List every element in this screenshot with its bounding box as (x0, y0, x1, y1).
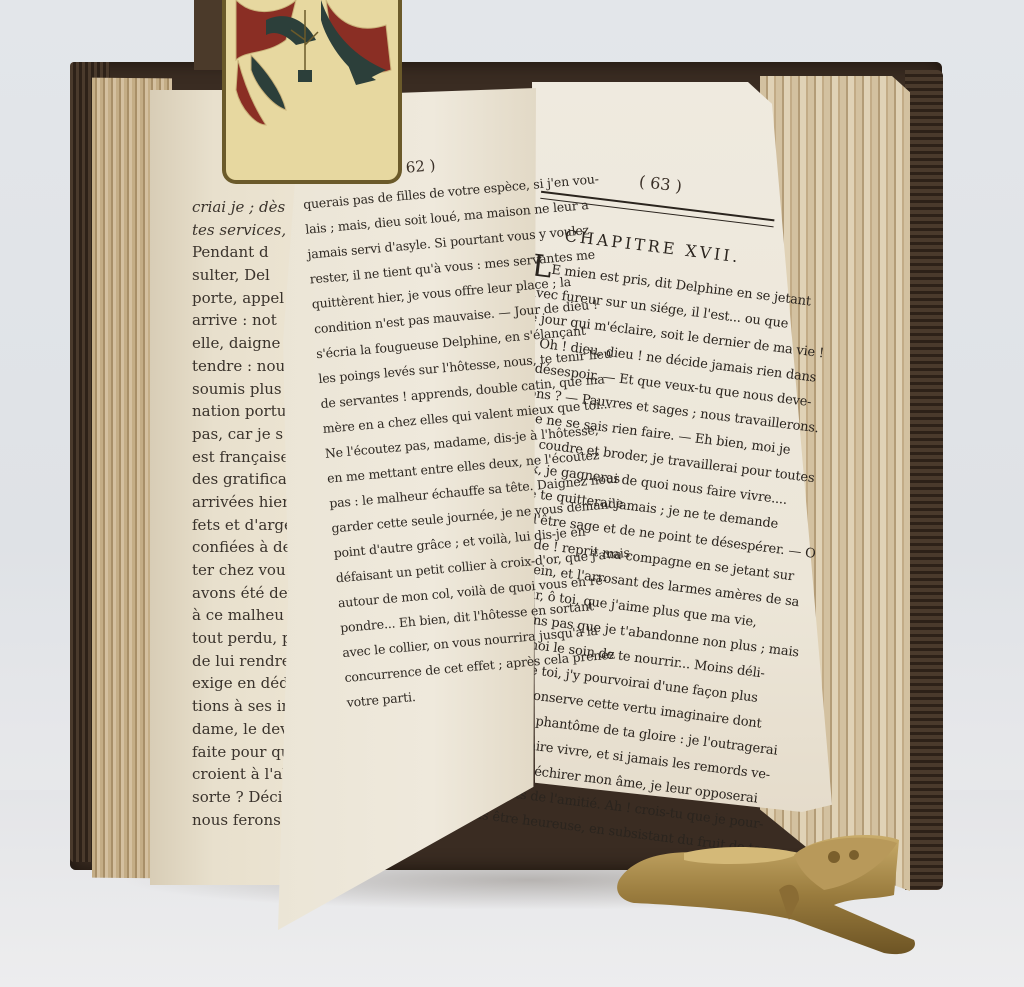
bookmark-shadow (194, 0, 224, 70)
text-line: porte, appel (192, 287, 302, 310)
text-line: des gratificati (192, 468, 302, 491)
text-line: confiées à des (192, 536, 302, 559)
text-line: tes services, (192, 219, 302, 242)
page-62-text: ( 62 ) querais pas de filles de votre es… (300, 148, 577, 715)
brass-page-clip (614, 825, 924, 960)
text-line: fets et d'argen (192, 514, 302, 537)
text-line: de lui rendre (192, 650, 302, 673)
text-line: sulter, Del (192, 264, 302, 287)
text-line: Pendant d (192, 241, 302, 264)
text-line: criai je ; dès (192, 196, 302, 219)
text-line: à ce malheu (192, 604, 302, 627)
book-cover-right-edge (905, 70, 943, 890)
text-line: tout perdu, pa (192, 627, 302, 650)
text-line: avons été den (192, 582, 302, 605)
enamel-bookmark (222, 0, 402, 184)
bird-motif-icon (226, 0, 398, 176)
text-line: arrivées hier (192, 491, 302, 514)
photo-scene: criai je ; dès tes services, Pendant d s… (0, 0, 1024, 987)
text-line: ter chez vou (192, 559, 302, 582)
